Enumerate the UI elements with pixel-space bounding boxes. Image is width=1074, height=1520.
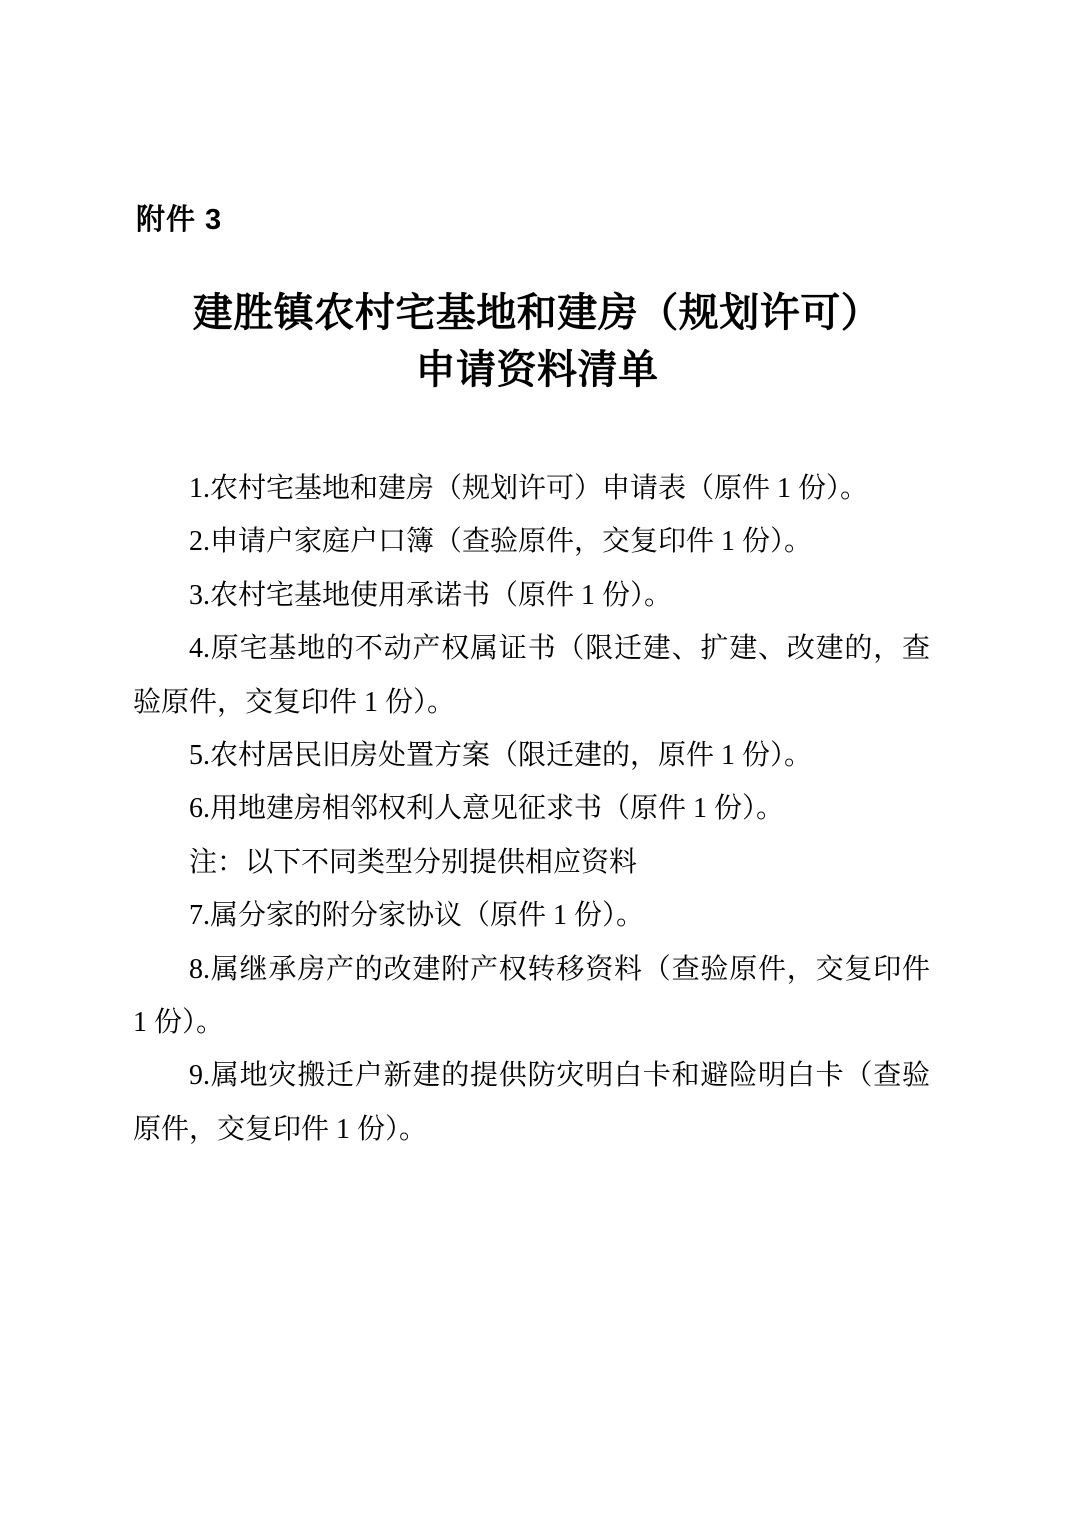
list-item-3: 3.农村宅基地使用承诺书（原件 1 份）。 [133,569,930,622]
list-item-2: 2.申请户家庭户口簿（查验原件，交复印件 1 份）。 [133,515,930,568]
document-title-line2: 申请资料清单 [0,341,1074,398]
document-page: 附件 3 建胜镇农村宅基地和建房（规划许可） 申请资料清单 1.农村宅基地和建房… [0,0,1074,1520]
list-item-8: 8.属继承房产的改建附产权转移资料（查验原件，交复印件 1 份）。 [133,943,930,1050]
list-item-7: 7.属分家的附分家协议（原件 1 份）。 [133,889,930,942]
list-item-4: 4.原宅基地的不动产权属证书（限迁建、扩建、改建的，查验原件，交复印件 1 份）… [133,622,930,729]
list-item-5: 5.农村居民旧房处置方案（限迁建的，原件 1 份）。 [133,729,930,782]
document-title-line1: 建胜镇农村宅基地和建房（规划许可） [0,284,1074,341]
list-item-1: 1.农村宅基地和建房（规划许可）申请表（原件 1 份）。 [133,462,930,515]
document-body: 1.农村宅基地和建房（规划许可）申请表（原件 1 份）。 2.申请户家庭户口簿（… [133,462,930,1156]
note-line: 注：以下不同类型分别提供相应资料 [133,836,930,889]
list-item-9: 9.属地灾搬迁户新建的提供防灾明白卡和避险明白卡（查验原件，交复印件 1 份）。 [133,1049,930,1156]
list-item-6: 6.用地建房相邻权利人意见征求书（原件 1 份）。 [133,782,930,835]
document-title: 建胜镇农村宅基地和建房（规划许可） 申请资料清单 [0,284,1074,398]
attachment-label: 附件 3 [136,200,222,240]
